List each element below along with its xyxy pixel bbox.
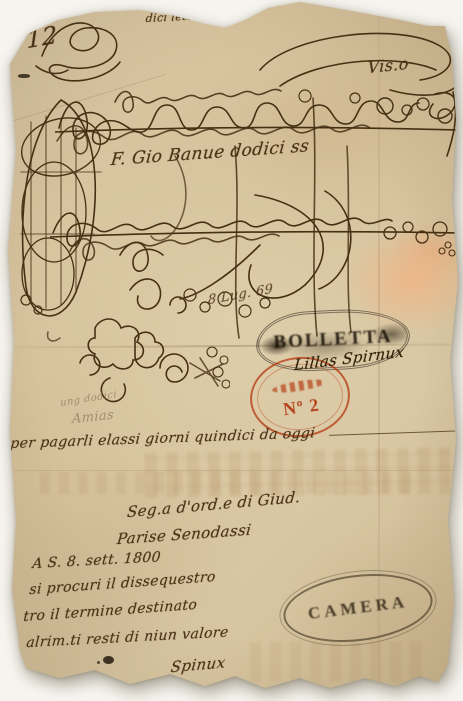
decree-line-3: alrim.ti resti di niun valore [26, 624, 230, 651]
parchment-sheet: 12 dici lett. 18. Vis.o [0, 0, 463, 701]
ink-blot-dot [97, 661, 100, 664]
bleedthrough-text-area-3 [250, 642, 430, 682]
payment-order-text: per pagarli elassi giorni quindici da og… [9, 425, 316, 452]
paraph-flourish [34, 12, 134, 90]
pencil-note-2: Amias [72, 408, 114, 428]
red-stamp-number: Nº 2 [282, 394, 321, 420]
date-line: A S. 8. sett. 1800 [32, 549, 162, 572]
red-stamp-arc-marks [271, 376, 326, 394]
manuscript-scan: 12 dici lett. 18. Vis.o [0, 0, 463, 701]
lower-fold-crease [0, 470, 463, 471]
rider-doodle [40, 308, 230, 408]
payment-line-rule [329, 430, 455, 435]
clerk-signature: Parise Senodassi [116, 521, 252, 549]
camera-stamp-text: CAMERA [307, 592, 409, 624]
bleedthrough-text-area-2 [40, 472, 420, 494]
ink-splatter-topleft [18, 74, 30, 78]
final-signature: Spinux [170, 653, 227, 676]
order-line: Seg.a d'ord.e di Giud. [126, 488, 301, 521]
decree-line-1: si procuri il dissequestro [29, 569, 216, 598]
ink-blot [103, 656, 114, 664]
decree-line-2: tro il termine destinato [23, 597, 198, 625]
docket-note: dici lett. 18. [145, 8, 218, 25]
paper-shadow-wrap: 12 dici lett. 18. Vis.o [0, 0, 463, 701]
camera-stamp: CAMERA [280, 566, 437, 650]
